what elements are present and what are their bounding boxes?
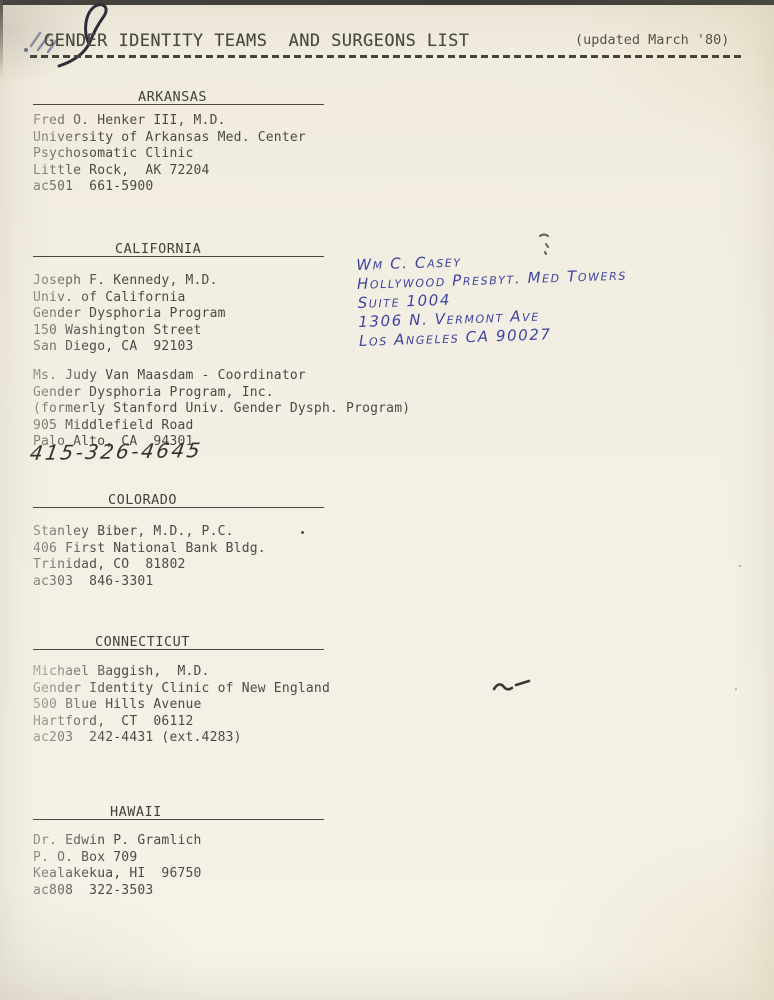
scanned-document-page: GENDER IDENTITY TEAMS AND SURGEONS LIST …	[0, 0, 774, 1000]
section-underline-california	[33, 256, 324, 257]
entry-connecticut: Michael Baggish, M.D. Gender Identity Cl…	[33, 664, 330, 747]
ink-speck	[739, 565, 741, 567]
section-heading-hawaii: HAWAII	[110, 804, 162, 820]
document-title: GENDER IDENTITY TEAMS AND SURGEONS LIST	[44, 31, 469, 51]
section-underline-connecticut	[33, 649, 324, 650]
entry-colorado: Stanley Biber, M.D., P.C. 406 First Nati…	[33, 524, 266, 590]
updated-date-note: (updated March '80)	[575, 32, 729, 48]
entry-hawaii: Dr. Edwin P. Gramlich P. O. Box 709 Keal…	[33, 833, 202, 899]
pen-squiggle-icon	[490, 676, 536, 696]
scan-edge-left	[0, 0, 3, 78]
handwritten-phone-number: 415-326-4645	[28, 438, 204, 465]
entry-california-kennedy: Joseph F. Kennedy, M.D. Univ. of Califor…	[33, 273, 226, 356]
section-underline-arkansas	[33, 104, 324, 105]
handwritten-address-note: Wm C. Casey Hollywood Presbyt. Med Tower…	[356, 244, 689, 350]
section-heading-connecticut: CONNECTICUT	[95, 634, 190, 650]
ink-speck	[735, 688, 737, 690]
entry-arkansas: Fred O. Henker III, M.D. University of A…	[33, 113, 306, 196]
header-dashed-divider	[30, 55, 744, 58]
section-underline-colorado	[33, 507, 324, 508]
section-heading-california: CALIFORNIA	[115, 241, 201, 257]
ink-smudge-icon	[534, 232, 556, 258]
section-underline-hawaii	[33, 819, 324, 820]
section-heading-colorado: COLORADO	[108, 492, 177, 508]
ink-speck	[301, 531, 304, 534]
section-heading-arkansas: ARKANSAS	[138, 89, 207, 105]
entry-california-van-maasdam: Ms. Judy Van Maasdam - Coordinator Gende…	[33, 368, 410, 451]
